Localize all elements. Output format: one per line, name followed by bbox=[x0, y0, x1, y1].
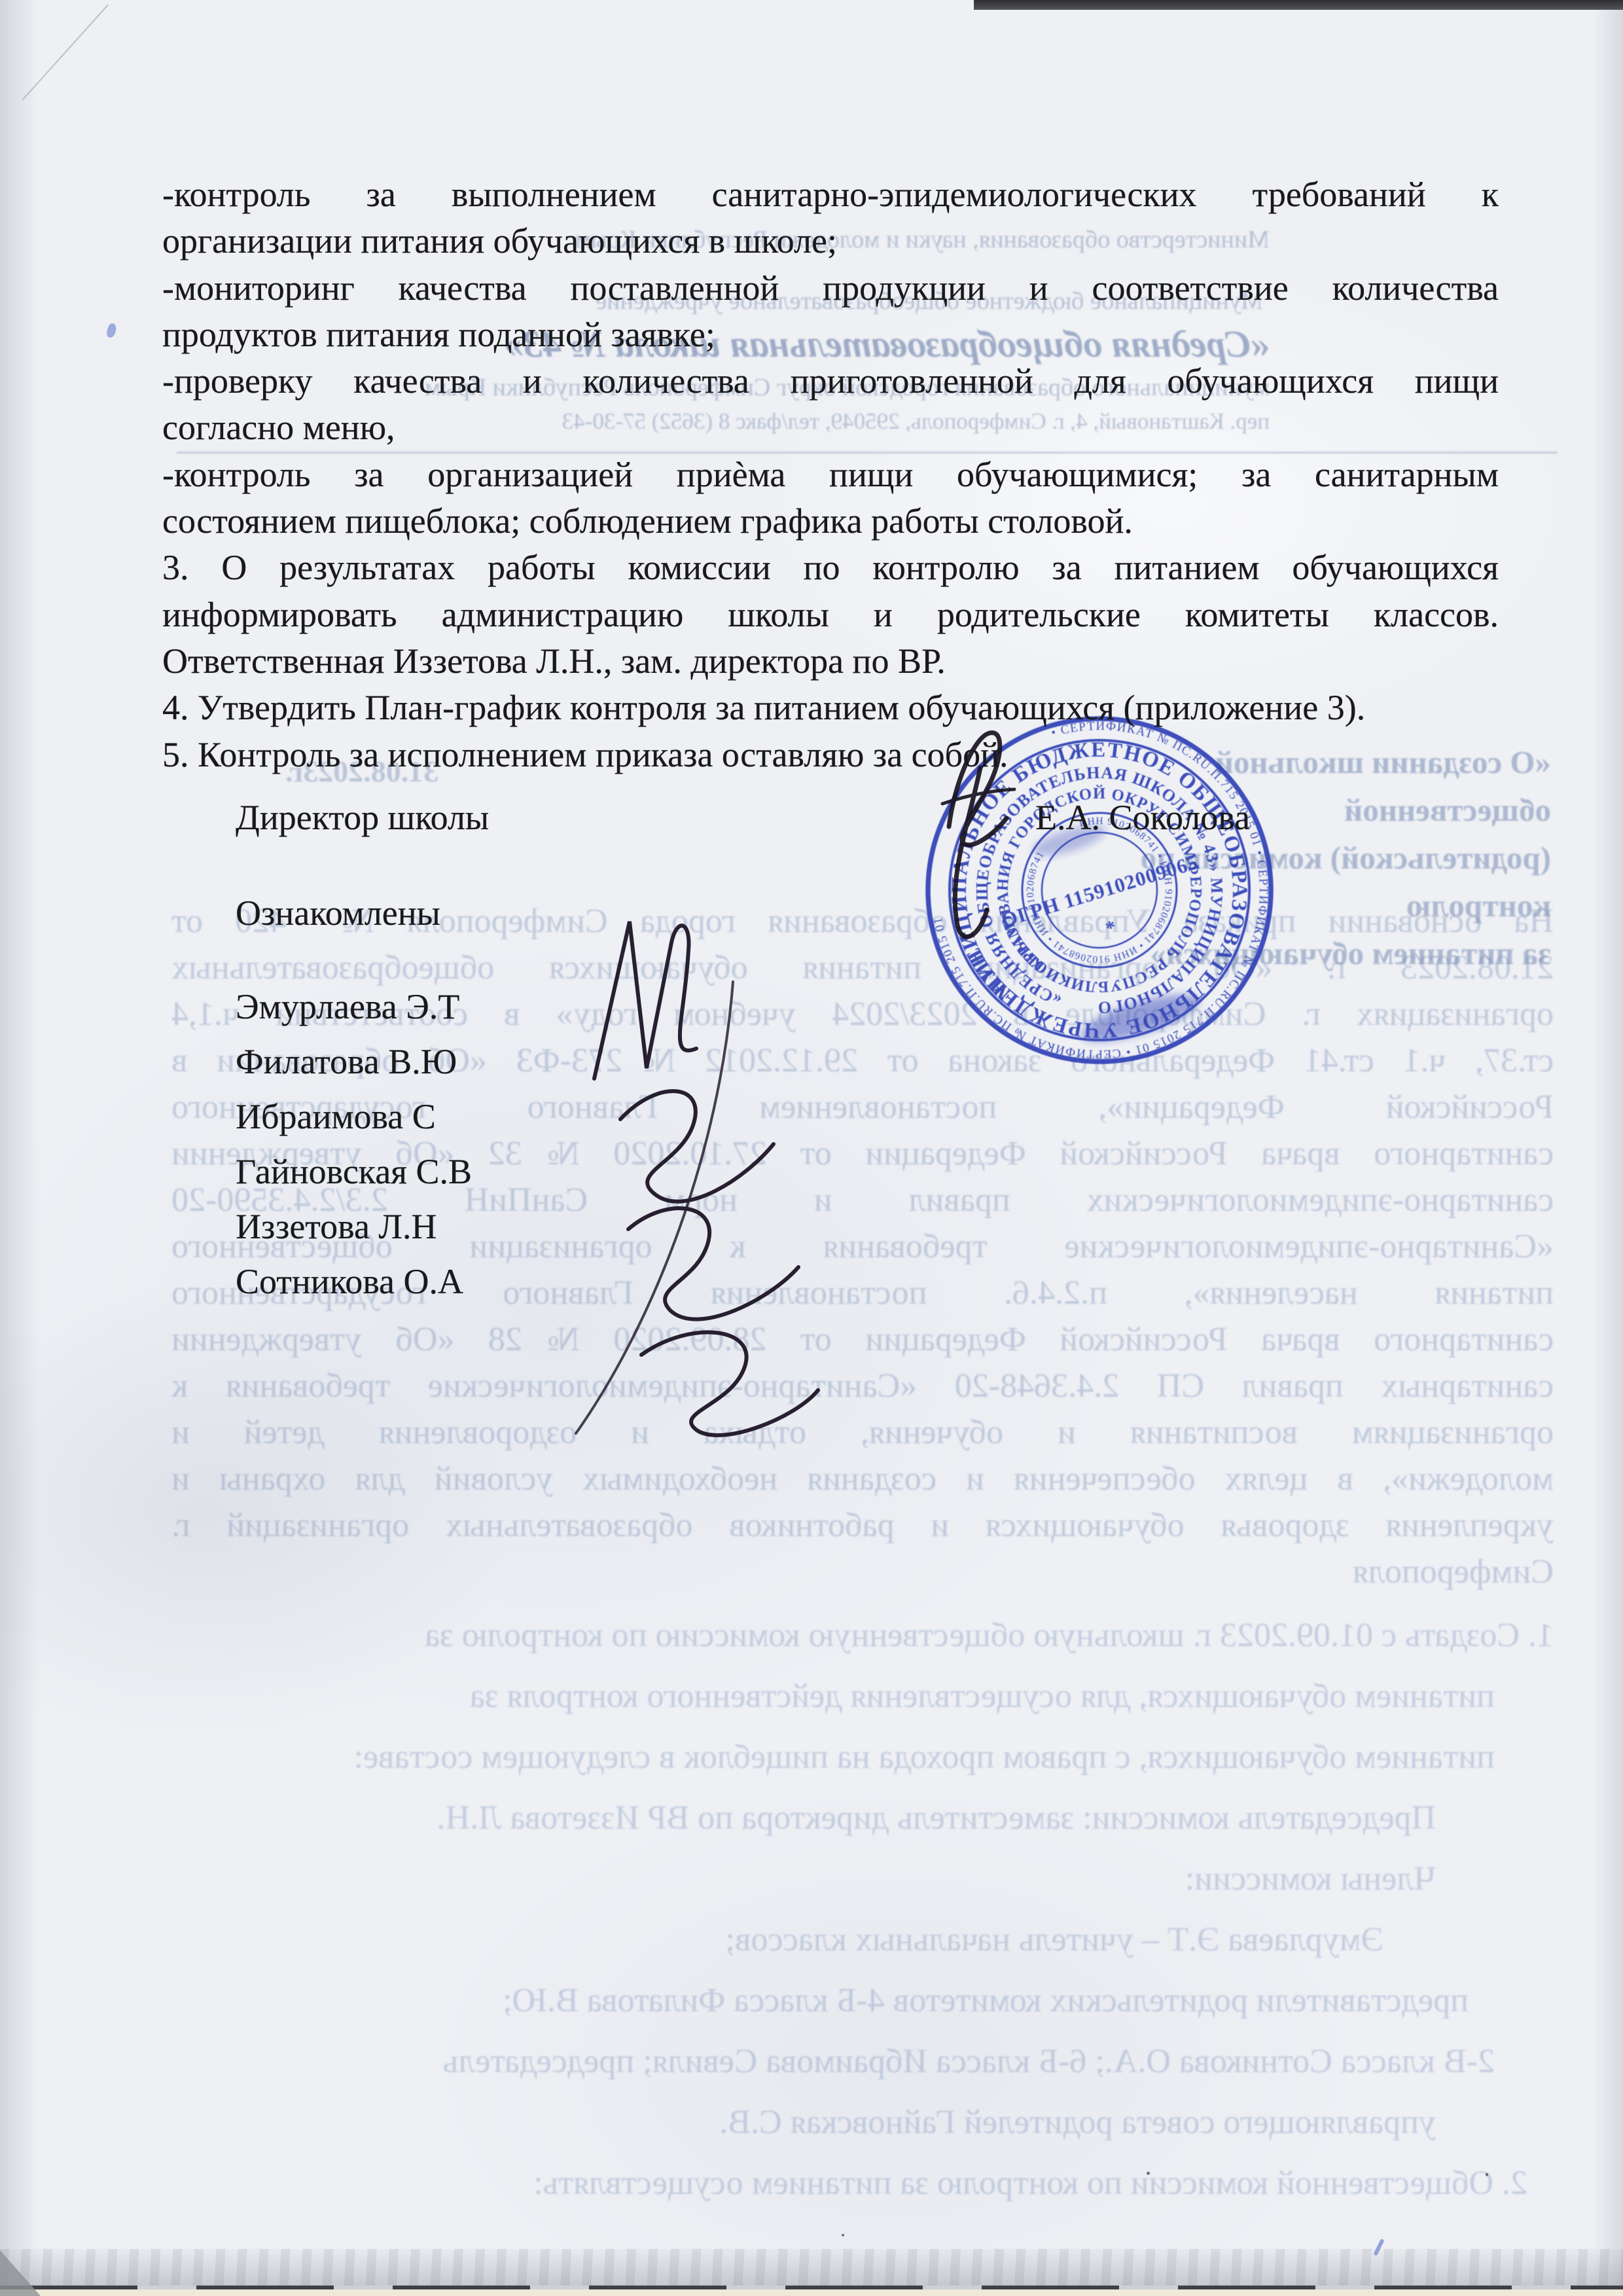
body-line: продуктов питания поданной заявке; bbox=[162, 312, 1499, 358]
seal-star: * bbox=[1103, 916, 1119, 940]
scan-edge-bottom-shadow bbox=[0, 2249, 1623, 2286]
director-label: Директор школы bbox=[236, 797, 489, 838]
dust-speck bbox=[1486, 2173, 1488, 2176]
body-line: Ответственная Иззетова Л.Н., зам. директ… bbox=[162, 638, 1499, 685]
acknowledged-name: Эмурлаева Э.Т bbox=[236, 979, 472, 1034]
ghost-paragraph-line: санитарного врача Российской Федерации о… bbox=[171, 1316, 1554, 1363]
acknowledged-name: Иззетова Л.Н bbox=[236, 1199, 472, 1254]
ghost-list-line: Эмурлаева Э.Т – учитель начальных классо… bbox=[171, 1909, 1383, 1970]
body-line: 4. Утвердить План-график контроля за пит… bbox=[162, 685, 1499, 731]
body-line: согласно меню, bbox=[162, 404, 1499, 451]
body-line: -мониторинг качества поставленной продук… bbox=[162, 265, 1499, 312]
body-line: 3. О результатах работы комиссии по конт… bbox=[162, 545, 1499, 591]
ghost-list-line: 1. Создать с 01.09.2023 г. школьную обще… bbox=[171, 1605, 1554, 1666]
body-line: -проверку качества и количества приготов… bbox=[162, 358, 1499, 404]
director-signature bbox=[903, 706, 1073, 980]
ghost-list-line: представители родительских комитетов 4-Б… bbox=[171, 1970, 1469, 2031]
acknowledged-name: Филатова В.Ю bbox=[236, 1034, 472, 1089]
body-line: 5. Контроль за исполнением приказа остав… bbox=[162, 732, 1499, 778]
ghost-list-line: питанием обучающихся, с правом прохода н… bbox=[171, 1727, 1495, 1787]
ghost-paragraph-line: Симферополя bbox=[171, 1549, 1554, 1595]
acknowledged-name: Гайновская С.В bbox=[236, 1144, 472, 1199]
body-line: -контроль за организацией приѐма пищи об… bbox=[162, 452, 1499, 498]
ghost-list-line: 2. Общественной комиссии по контролю за … bbox=[171, 2153, 1527, 2214]
ghost-list-line: Члены комиссии: bbox=[171, 1848, 1436, 1909]
ghost-list-line: 2-В класса Сотникова О.А.; 6-Б класса Иб… bbox=[171, 2031, 1495, 2092]
ghost-list: 1. Создать с 01.09.2023 г. школьную обще… bbox=[171, 1605, 1554, 2214]
acknowledgement-signatures bbox=[537, 903, 851, 1446]
acknowledged-label: Ознакомлены bbox=[236, 893, 440, 933]
ghost-paragraph-line: молодежи», в целях обеспечения и создани… bbox=[171, 1456, 1554, 1502]
order-body-text: -контроль за выполнением санитарно-эпиде… bbox=[162, 171, 1499, 778]
acknowledged-names-list: Эмурлаева Э.Т Филатова В.Ю Ибраимова С Г… bbox=[236, 979, 472, 1309]
ghost-paragraph-line: организациям воспитания и обучения, отды… bbox=[171, 1409, 1554, 1456]
ghost-paragraph-line: укрепления здоровья обучающихся и работн… bbox=[171, 1502, 1554, 1549]
ghost-paragraph-line: санитарных правил СП 2.4.3648-20 «Санита… bbox=[171, 1363, 1554, 1409]
ghost-list-line: Председатель комиссии: заместитель дирек… bbox=[171, 1787, 1436, 1848]
ghost-list-line: питанием обучающихся, для осуществления … bbox=[171, 1666, 1495, 1727]
body-line: состоянием пищеблока; соблюдением график… bbox=[162, 498, 1499, 545]
acknowledged-name: Сотникова О.А bbox=[236, 1254, 472, 1309]
acknowledged-name: Ибраимова С bbox=[236, 1089, 472, 1144]
body-line: -контроль за выполнением санитарно-эпиде… bbox=[162, 171, 1499, 218]
scan-edge-top bbox=[974, 0, 1623, 10]
body-line: организации питания обучающихся в школе; bbox=[162, 218, 1499, 264]
scanned-document-page: Министерство образования, науки и молоде… bbox=[0, 0, 1623, 2296]
body-line: информировать администрацию школы и роди… bbox=[162, 592, 1499, 638]
scanner-background-strip bbox=[0, 2289, 1623, 2296]
dust-speck bbox=[842, 2234, 844, 2236]
ghost-list-line: управляющего совета родителей Гайновская… bbox=[171, 2092, 1436, 2153]
dust-speck bbox=[1147, 2172, 1150, 2175]
